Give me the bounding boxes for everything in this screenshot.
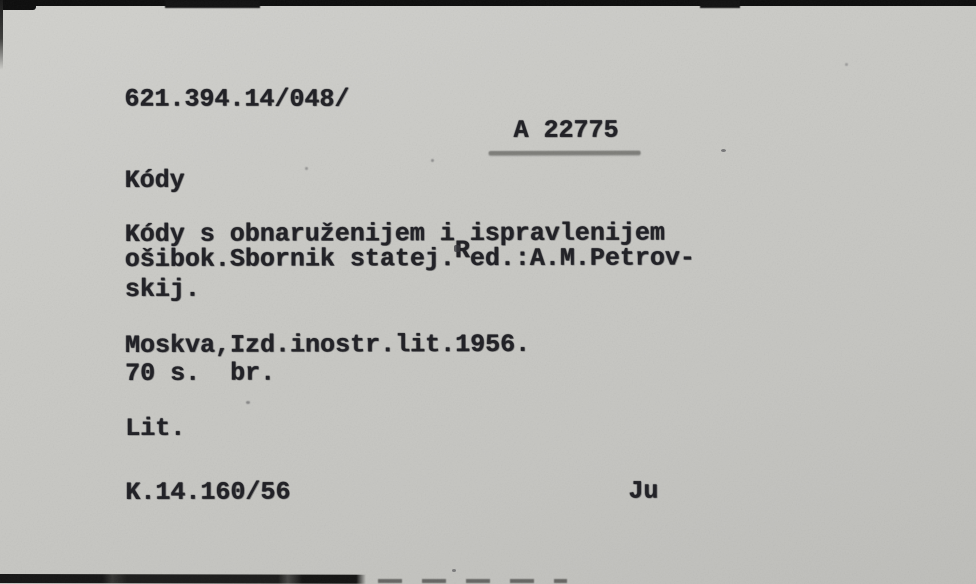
note-line: Lit. [125,416,185,441]
pagination-line: 70 s. br. [125,361,275,386]
imprint-line: Moskva,Izd.inostr.lit.1956. [125,332,530,358]
title-line-2-raised-letter: R [455,236,470,265]
title-line-2: ošibok.Sbornik statej.Red.:A.M.Petrov- [125,245,695,271]
title-line-3: skij. [125,277,200,302]
catalog-card-scan: 621.394.14/048/ A 22775 Kódy Kódy s obna… [0,0,976,584]
card-content: 621.394.14/048/ A 22775 Kódy Kódy s obna… [0,0,976,584]
accession-number: A 22775 [514,118,619,143]
annotation-initials: Ju [628,479,658,504]
title-line-2-after: ed.:A.M.Petrov- [470,243,695,273]
call-number: 621.394.14/048/ [124,87,349,112]
title-line-2-before: ošibok.Sbornik statej. [125,244,455,274]
card-bottom-edge-fragments [372,579,567,583]
shelf-number: K.14.160/56 [125,480,290,505]
accession-underline [489,151,641,155]
heading-word: Kódy [125,168,185,193]
